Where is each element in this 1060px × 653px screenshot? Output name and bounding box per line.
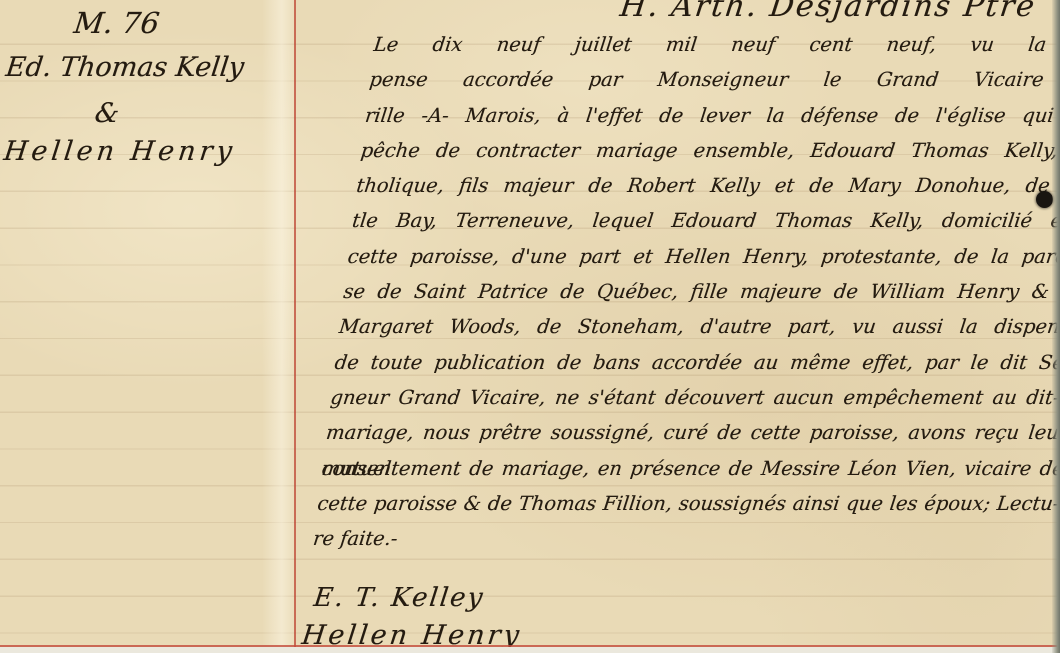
record-line: tle Bay, Terreneuve, lequel Edouard Thom… (350, 203, 1060, 238)
record-line: gneur Grand Vicaire, ne s'étant découver… (328, 380, 1060, 415)
record-line: re faite.- (311, 521, 1057, 556)
record-line: cette paroisse, d'une part et Hellen Hen… (346, 239, 1060, 274)
record-line: tholique, fils majeur de Robert Kelly et… (354, 168, 1060, 203)
margin-ampersand: & (93, 98, 121, 129)
record-line: consentement de mariage, en présence de … (320, 451, 1060, 486)
record-line: cette paroisse & de Thomas Fillion, sous… (315, 486, 1060, 521)
red-margin-rule (294, 0, 296, 653)
scan-right-edge (1052, 0, 1060, 653)
record-line: mariage, nous prêtre soussigné, curé de … (324, 415, 1060, 450)
gutter-highlight (262, 0, 295, 653)
record-body: Le dix neuf juillet mil neuf cent neuf, … (311, 27, 1060, 556)
previous-entry-signature: H. Arth. Desjardins Ptre (618, 0, 1038, 24)
page-bottom-edge (0, 647, 1060, 653)
ink-blot-dot (1036, 191, 1053, 208)
margin-groom-name: Ed. Thomas Kelly (4, 52, 246, 83)
record-line: rille -A- Marois, à l'effet de lever la … (363, 98, 1060, 133)
record-line: Margaret Woods, de Stoneham, d'autre par… (337, 309, 1060, 344)
record-number: M. 76 (72, 6, 161, 40)
register-page-scan: H. Arth. Desjardins Ptre M. 76 Ed. Thoma… (0, 0, 1060, 653)
margin-bride-name: Hellen Henry (2, 136, 238, 167)
record-line: Le dix neuf juillet mil neuf cent neuf, … (372, 27, 1060, 62)
record-line: pêche de contracter mariage ensemble, Ed… (359, 133, 1060, 168)
record-line: pense accordée par Monseigneur le Grand … (367, 62, 1060, 97)
record-line: se de Saint Patrice de Québec, fille maj… (341, 274, 1060, 309)
record-line: de toute publication de bans accordée au… (333, 345, 1060, 380)
groom-signature: E. T. Kelley (312, 583, 486, 613)
